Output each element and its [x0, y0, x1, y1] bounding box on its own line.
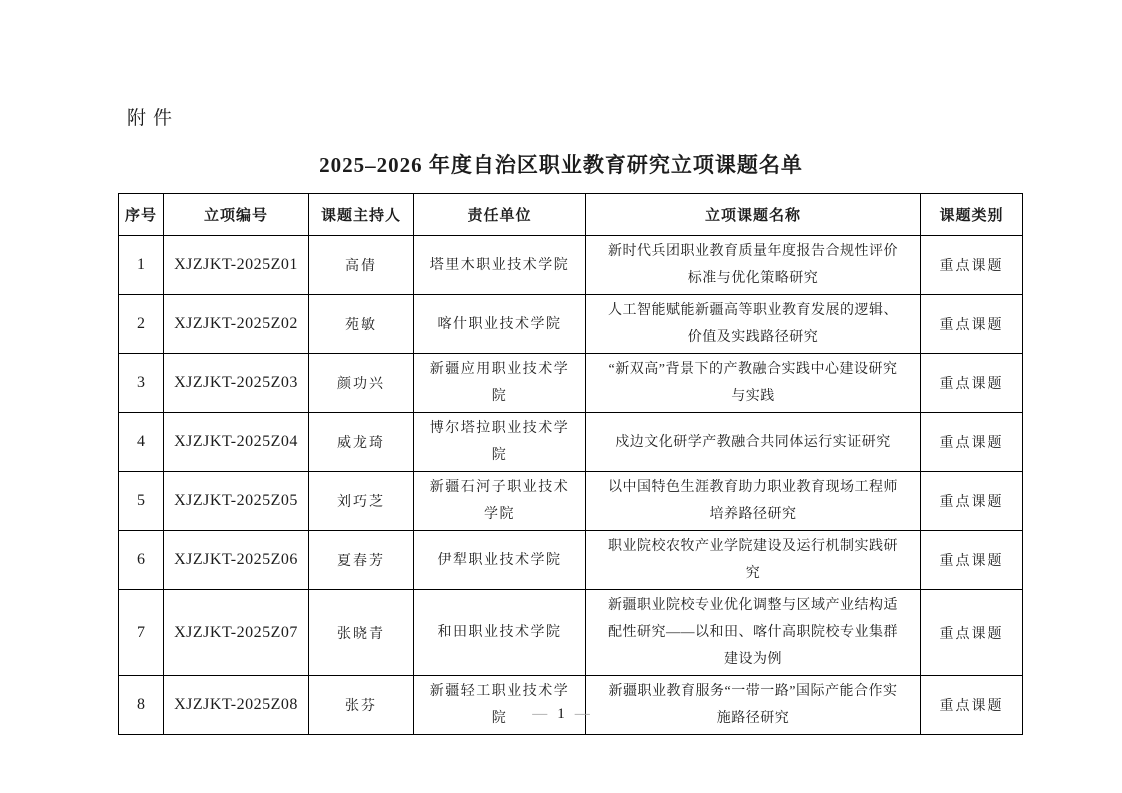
cell-unit: 新疆轻工职业技术学 院 — [414, 676, 586, 735]
cell-index: 4 — [119, 413, 164, 472]
cell-index: 3 — [119, 354, 164, 413]
header-category: 课题类别 — [921, 194, 1023, 236]
header-index: 序号 — [119, 194, 164, 236]
table-row: 8 XJZJKT-2025Z08 张芬 新疆轻工职业技术学 院 新疆职业教育服务… — [119, 676, 1023, 735]
cell-unit: 喀什职业技术学院 — [414, 295, 586, 354]
cell-title: “新双高”背景下的产教融合实践中心建设研究 与实践 — [586, 354, 921, 413]
cell-category: 重点课题 — [921, 590, 1023, 676]
table-row: 6 XJZJKT-2025Z06 夏春芳 伊犁职业技术学院 职业院校农牧产业学院… — [119, 531, 1023, 590]
document-page: 附件 2025–2026 年度自治区职业教育研究立项课题名单 序号 立项编号 课… — [0, 0, 1122, 793]
cell-category: 重点课题 — [921, 472, 1023, 531]
cell-leader: 威龙琦 — [309, 413, 414, 472]
cell-code: XJZJKT-2025Z01 — [164, 236, 309, 295]
cell-code: XJZJKT-2025Z08 — [164, 676, 309, 735]
table-row: 1 XJZJKT-2025Z01 高倩 塔里木职业技术学院 新时代兵团职业教育质… — [119, 236, 1023, 295]
cell-code: XJZJKT-2025Z06 — [164, 531, 309, 590]
cell-leader: 刘巧芝 — [309, 472, 414, 531]
page-number-value: 1 — [557, 706, 565, 722]
header-code: 立项编号 — [164, 194, 309, 236]
cell-code: XJZJKT-2025Z07 — [164, 590, 309, 676]
cell-unit: 塔里木职业技术学院 — [414, 236, 586, 295]
cell-unit: 伊犁职业技术学院 — [414, 531, 586, 590]
project-table: 序号 立项编号 课题主持人 责任单位 立项课题名称 课题类别 1 XJZJKT-… — [118, 193, 1023, 735]
cell-leader: 颜功兴 — [309, 354, 414, 413]
cell-leader: 夏春芳 — [309, 531, 414, 590]
page-title: 2025–2026 年度自治区职业教育研究立项课题名单 — [0, 149, 1122, 179]
table-row: 2 XJZJKT-2025Z02 苑敏 喀什职业技术学院 人工智能赋能新疆高等职… — [119, 295, 1023, 354]
cell-title: 人工智能赋能新疆高等职业教育发展的逻辑、 价值及实践路径研究 — [586, 295, 921, 354]
table-row: 5 XJZJKT-2025Z05 刘巧芝 新疆石河子职业技术 学院 以中国特色生… — [119, 472, 1023, 531]
cell-leader: 苑敏 — [309, 295, 414, 354]
cell-title: 戍边文化研学产教融合共同体运行实证研究 — [586, 413, 921, 472]
cell-index: 6 — [119, 531, 164, 590]
cell-leader: 张芬 — [309, 676, 414, 735]
cell-unit: 和田职业技术学院 — [414, 590, 586, 676]
table-row: 3 XJZJKT-2025Z03 颜功兴 新疆应用职业技术学 院 “新双高”背景… — [119, 354, 1023, 413]
page-number-right-dash: — — [575, 706, 590, 722]
cell-code: XJZJKT-2025Z02 — [164, 295, 309, 354]
attachment-label: 附件 — [127, 103, 179, 130]
cell-code: XJZJKT-2025Z04 — [164, 413, 309, 472]
cell-code: XJZJKT-2025Z05 — [164, 472, 309, 531]
cell-title: 新疆职业院校专业优化调整与区域产业结构适 配性研究——以和田、喀什高职院校专业集… — [586, 590, 921, 676]
cell-category: 重点课题 — [921, 676, 1023, 735]
cell-category: 重点课题 — [921, 531, 1023, 590]
cell-category: 重点课题 — [921, 413, 1023, 472]
cell-index: 2 — [119, 295, 164, 354]
cell-title: 职业院校农牧产业学院建设及运行机制实践研 究 — [586, 531, 921, 590]
cell-index: 5 — [119, 472, 164, 531]
header-leader: 课题主持人 — [309, 194, 414, 236]
cell-title: 新时代兵团职业教育质量年度报告合规性评价 标准与优化策略研究 — [586, 236, 921, 295]
cell-category: 重点课题 — [921, 295, 1023, 354]
cell-index: 1 — [119, 236, 164, 295]
cell-category: 重点课题 — [921, 236, 1023, 295]
table-row: 4 XJZJKT-2025Z04 威龙琦 博尔塔拉职业技术学 院 戍边文化研学产… — [119, 413, 1023, 472]
cell-leader: 张晓青 — [309, 590, 414, 676]
cell-index: 7 — [119, 590, 164, 676]
cell-index: 8 — [119, 676, 164, 735]
table-header-row: 序号 立项编号 课题主持人 责任单位 立项课题名称 课题类别 — [119, 194, 1023, 236]
cell-code: XJZJKT-2025Z03 — [164, 354, 309, 413]
cell-unit: 新疆石河子职业技术 学院 — [414, 472, 586, 531]
table-row: 7 XJZJKT-2025Z07 张晓青 和田职业技术学院 新疆职业院校专业优化… — [119, 590, 1023, 676]
cell-unit: 新疆应用职业技术学 院 — [414, 354, 586, 413]
cell-title: 新疆职业教育服务“一带一路”国际产能合作实 施路径研究 — [586, 676, 921, 735]
header-unit: 责任单位 — [414, 194, 586, 236]
cell-category: 重点课题 — [921, 354, 1023, 413]
cell-title: 以中国特色生涯教育助力职业教育现场工程师 培养路径研究 — [586, 472, 921, 531]
header-title: 立项课题名称 — [586, 194, 921, 236]
cell-leader: 高倩 — [309, 236, 414, 295]
page-number-left-dash: — — [532, 706, 547, 722]
cell-unit: 博尔塔拉职业技术学 院 — [414, 413, 586, 472]
page-number: —1— — [0, 706, 1122, 723]
